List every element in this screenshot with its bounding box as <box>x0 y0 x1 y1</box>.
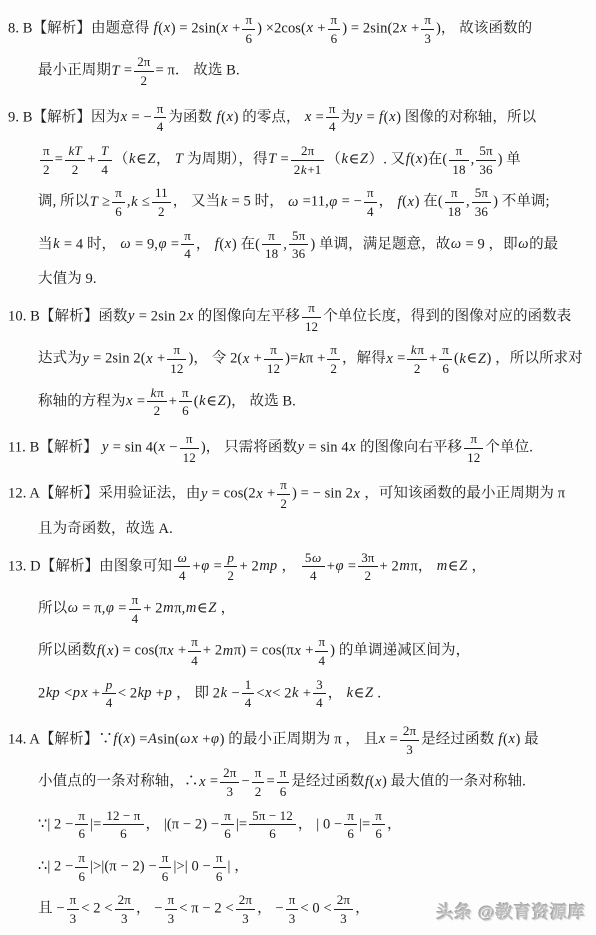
math-variable: f <box>113 731 118 747</box>
math-variable: x <box>349 439 357 455</box>
math-variable: kT <box>68 143 82 158</box>
math-variable: y <box>102 439 110 455</box>
math-variable: φ <box>329 194 338 210</box>
solution-item-10: 10. B【解析】函数y = 2sin 2x 的图像向左平移π12个单位长度，得… <box>8 296 592 423</box>
fraction: π3 <box>67 892 80 926</box>
fraction: 34 <box>313 677 326 711</box>
math-variable: y <box>128 308 136 324</box>
fraction: π6 <box>328 12 341 46</box>
fraction: 3π2 <box>358 550 377 584</box>
math-variable: x <box>242 351 250 367</box>
math-variable: Z <box>477 351 486 367</box>
fraction: π4 <box>154 101 167 135</box>
math-line: ∵| 2 −π6|=12 − π6， |(π − 2) −π6|=5π − 12… <box>8 804 592 846</box>
math-variable: x <box>407 194 415 210</box>
fraction: π18 <box>445 185 464 219</box>
fraction: π12 <box>167 342 186 376</box>
math-variable: m <box>399 558 411 574</box>
math-variable: x <box>378 731 386 747</box>
fraction: π6 <box>112 185 125 219</box>
fraction: π12 <box>264 342 283 376</box>
fraction: π18 <box>262 228 281 262</box>
math-variable: ω <box>180 731 191 747</box>
math-variable: x <box>158 439 166 455</box>
math-variable: x <box>199 774 207 790</box>
math-variable: x <box>306 20 314 36</box>
math-variable: T <box>268 151 277 167</box>
math-variable: k <box>459 351 467 367</box>
fraction: π3 <box>421 12 434 46</box>
math-line: 9. B【解析】因为x = −π4为函数 f(x) 的零点， x =π4为y =… <box>8 97 592 139</box>
math-line: 14. A【解析】∵f(x) =Asin(ωx +φ) 的最小正周期为 π ， … <box>8 719 592 761</box>
fraction: π2 <box>327 342 340 376</box>
math-variable: ω <box>518 236 529 252</box>
math-variable: x <box>146 351 154 367</box>
math-variable: k <box>53 236 61 252</box>
fraction: 2π2k+1 <box>291 143 325 177</box>
math-variable: mp <box>259 558 278 574</box>
fraction: π18 <box>449 143 468 177</box>
fraction: 5π36 <box>476 143 495 177</box>
solution-item-11: 11. B【解析】 y = sin 4(x −π12)， 只需将函数y = si… <box>8 427 592 469</box>
math-line: ∴| 2 −π6|>|(π − 2) −π6|>| 0 −π6| ， <box>8 846 592 888</box>
fraction: π6 <box>75 850 88 884</box>
math-variable: ω <box>450 236 461 252</box>
math-variable: k <box>131 194 139 210</box>
math-variable: k <box>220 194 228 210</box>
math-variable: m <box>436 558 448 574</box>
math-variable: f <box>364 774 369 790</box>
math-variable: p <box>164 685 172 701</box>
math-variable: p <box>72 685 80 701</box>
math-line: 所以ω = π,φ =π4+ 2mπ,m∈Z ， <box>8 588 592 630</box>
fraction: 5π36 <box>289 228 308 262</box>
math-line: 大值为 9. <box>8 266 592 292</box>
math-variable: ω <box>177 550 187 565</box>
math-variable: f <box>214 236 219 252</box>
math-variable: x <box>304 109 312 125</box>
math-variable: x <box>353 486 361 502</box>
math-variable: x <box>186 308 194 324</box>
math-variable: k <box>410 342 417 357</box>
fraction: 5π − 126 <box>249 808 296 842</box>
solution-item-12: 12. A【解析】采用验证法，由y = cos(2x +π2) = − sin … <box>8 473 592 541</box>
fraction: π6 <box>213 850 226 884</box>
math-variable: x <box>123 731 131 747</box>
math-variable: m <box>163 600 175 616</box>
math-variable: T <box>89 194 98 210</box>
math-variable: k <box>128 151 136 167</box>
fraction: π6 <box>159 850 172 884</box>
fraction: 5π36 <box>472 185 491 219</box>
math-variable: x <box>126 393 134 409</box>
math-variable: ω <box>67 600 78 616</box>
math-variable: k <box>346 685 354 701</box>
math-variable: x <box>415 151 423 167</box>
math-variable: x <box>400 20 408 36</box>
math-variable: kp <box>45 685 60 701</box>
fraction: π6 <box>221 808 234 842</box>
fraction: 2π3 <box>400 723 419 757</box>
math-variable: x <box>106 643 114 659</box>
math-variable: x <box>256 486 264 502</box>
fraction: kπ2 <box>147 385 167 419</box>
math-variable: ω <box>120 236 131 252</box>
math-variable: f <box>379 109 384 125</box>
math-variable: y <box>297 439 305 455</box>
math-line: 称轴的方程为x =kπ2+π6(k∈Z)， 故选 B. <box>8 381 592 423</box>
document-page: 8. B【解析】由题意得 f(x) = 2sin(x +π6) ×2cos(x … <box>0 0 596 935</box>
math-variable: x <box>386 351 394 367</box>
math-variable: p <box>105 677 113 692</box>
math-variable: x <box>226 109 234 125</box>
math-variable: T <box>111 63 120 79</box>
math-line: 小值点的一条对称轴，∴x =2π3−π2=π6是经过函数f(x) 最大值的一条对… <box>8 761 592 803</box>
math-variable: A <box>147 731 157 747</box>
math-variable: φ <box>335 558 344 574</box>
fraction: π2 <box>252 765 265 799</box>
math-variable: k <box>298 351 306 367</box>
math-variable: φ <box>158 236 167 252</box>
math-variable: y <box>355 109 363 125</box>
fraction: 112 <box>152 185 171 219</box>
math-variable: x <box>120 109 128 125</box>
math-variable: Z <box>217 393 226 409</box>
fraction: 14 <box>242 677 255 711</box>
watermark: 头条 @教育资源库 <box>437 898 586 923</box>
math-variable: x <box>221 20 229 36</box>
fraction: p4 <box>102 677 116 711</box>
math-variable: x <box>265 685 273 701</box>
math-variable: m <box>222 643 234 659</box>
fraction: T4 <box>98 143 112 177</box>
math-variable: ω <box>311 550 321 565</box>
math-variable: φ <box>105 600 114 616</box>
math-variable: φ <box>211 731 220 747</box>
math-line: 所以函数f(x) = cos(πx +π4+ 2mπ) = cos(πx +π4… <box>8 630 592 672</box>
fraction: π4 <box>364 185 377 219</box>
fraction: π2 <box>40 143 53 177</box>
solution-item-13: 13. D【解析】由图象可知ω4+φ =p2+ 2mp ， 5ω4+φ =3π2… <box>8 546 592 715</box>
math-variable: y <box>201 486 209 502</box>
fraction: π6 <box>75 808 88 842</box>
math-line: 8. B【解析】由题意得 f(x) = 2sin(x +π6) ×2cos(x … <box>8 8 592 50</box>
math-line: 达式为y = 2sin 2(x +π12)， 令 2(x +π12)=kπ +π… <box>8 338 592 380</box>
math-variable: Z <box>208 600 217 616</box>
math-line: 13. D【解析】由图象可知ω4+φ =p2+ 2mp ， 5ω4+φ =3π2… <box>8 546 592 588</box>
math-variable: x <box>508 731 516 747</box>
math-variable: T <box>174 151 183 167</box>
fraction: 12 − π6 <box>103 808 143 842</box>
fraction: π3 <box>165 892 178 926</box>
fraction: π4 <box>181 228 194 262</box>
fraction: π6 <box>179 385 192 419</box>
fraction: π6 <box>277 765 290 799</box>
solution-item-8: 8. B【解析】由题意得 f(x) = 2sin(x +π6) ×2cos(x … <box>8 8 592 93</box>
fraction: π4 <box>315 634 328 668</box>
solution-item-9: 9. B【解析】因为x = −π4为函数 f(x) 的零点， x =π4为y =… <box>8 97 592 292</box>
math-line: 当k = 4 时， ω = 9,φ =π4， f(x) 在(π18,5π36) … <box>8 224 592 266</box>
fraction: π12 <box>302 300 321 334</box>
math-line: 10. B【解析】函数y = 2sin 2x 的图像向左平移π12个单位长度，得… <box>8 296 592 338</box>
fraction: π4 <box>188 634 201 668</box>
fraction: p2 <box>224 550 238 584</box>
fraction: π2 <box>277 477 290 511</box>
math-variable: f <box>498 731 503 747</box>
math-variable: Z <box>147 151 156 167</box>
fraction: π6 <box>242 12 255 46</box>
fraction: π6 <box>439 342 452 376</box>
fraction: 2π2 <box>134 54 153 88</box>
math-line: 12. A【解析】采用验证法，由y = cos(2x +π2) = − sin … <box>8 473 592 515</box>
math-variable: T <box>101 143 109 158</box>
math-variable: p <box>227 550 235 565</box>
math-variable: x <box>389 109 397 125</box>
solution-lines: 8. B【解析】由题意得 f(x) = 2sin(x +π6) ×2cos(x … <box>8 8 592 931</box>
math-variable: f <box>397 194 402 210</box>
math-variable: x <box>167 643 175 659</box>
math-variable: Z <box>364 685 373 701</box>
math-line: 且为奇函数，故选 A. <box>8 516 592 542</box>
math-variable: ω <box>288 194 299 210</box>
fraction: 2π3 <box>220 765 239 799</box>
math-variable: x <box>81 685 89 701</box>
math-line: π2=kT2+T4（k∈Z， T 为周期），得T =2π2k+1（k∈Z）. 又… <box>8 139 592 181</box>
fraction: π4 <box>326 101 339 135</box>
math-variable: k <box>150 385 157 400</box>
math-variable: f <box>153 20 158 36</box>
fraction: 2π3 <box>236 892 255 926</box>
math-variable: y <box>82 351 90 367</box>
math-variable: m <box>185 600 197 616</box>
math-line: 最小正周期T =2π2= π． 故选 B. <box>8 50 592 92</box>
fraction: π6 <box>344 808 357 842</box>
math-variable: f <box>96 643 101 659</box>
math-line: 2kp <px +p4< 2kp +p ， 即 2k −14<x< 2k +34… <box>8 673 592 715</box>
math-line: 11. B【解析】 y = sin 4(x −π12)， 只需将函数y = si… <box>8 427 592 469</box>
math-variable: k <box>300 162 307 177</box>
math-variable: k <box>220 685 228 701</box>
math-variable: x <box>191 731 199 747</box>
math-variable: x <box>294 643 302 659</box>
math-variable: Z <box>359 151 368 167</box>
fraction: π3 <box>286 892 299 926</box>
fraction: kπ2 <box>407 342 427 376</box>
fraction: π12 <box>464 431 483 465</box>
math-line: 调, 所以T ≥π6,k ≤112， 又当k = 5 时， ω =11,φ = … <box>8 181 592 223</box>
math-variable: φ <box>201 558 210 574</box>
fraction: 5ω4 <box>302 550 325 584</box>
fraction: ω4 <box>174 550 190 584</box>
fraction: π12 <box>180 431 199 465</box>
fraction: 2π3 <box>334 892 353 926</box>
math-variable: k <box>199 393 207 409</box>
math-variable: x <box>163 20 171 36</box>
math-variable: x <box>224 236 232 252</box>
math-variable: kp <box>137 685 152 701</box>
fraction: 2π3 <box>115 892 134 926</box>
fraction: π6 <box>372 808 385 842</box>
fraction: kT2 <box>65 143 85 177</box>
math-variable: k <box>341 151 349 167</box>
math-variable: f <box>405 151 410 167</box>
fraction: π4 <box>129 592 142 626</box>
math-variable: f <box>216 109 221 125</box>
math-variable: Z <box>459 558 468 574</box>
math-variable: k <box>292 685 300 701</box>
math-variable: x <box>375 774 383 790</box>
